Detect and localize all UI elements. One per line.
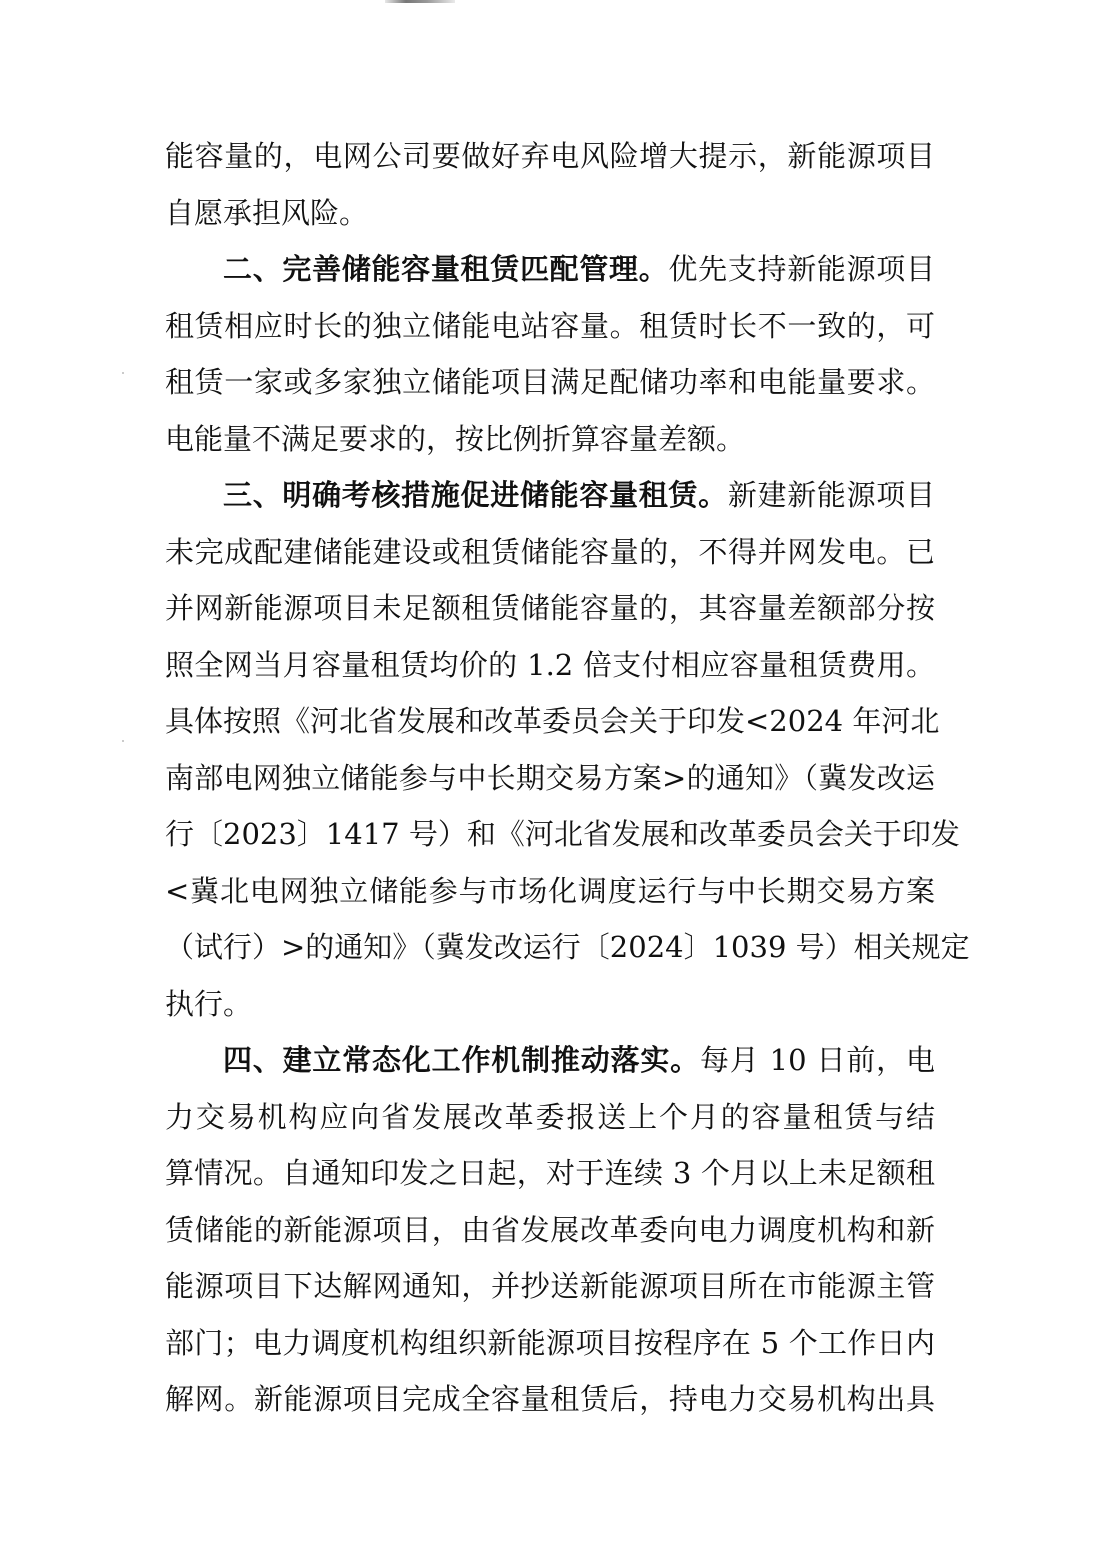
text-run: 新建新能源项目 bbox=[728, 478, 935, 512]
text-line: 算情况。自通知印发之日起，对于连续 3 个月以上未足额租 bbox=[165, 1145, 935, 1202]
text-line: 执行。 bbox=[165, 976, 935, 1033]
text-line: 自愿承担风险。 bbox=[165, 185, 935, 242]
text-line: <冀北电网独立储能参与市场化调度运行与中长期交易方案 bbox=[165, 863, 935, 920]
text-line: 行〔2023〕1417 号）和《河北省发展和改革委员会关于印发 bbox=[165, 806, 935, 863]
text-line: 并网新能源项目未足额租赁储能容量的，其容量差额部分按 bbox=[165, 580, 935, 637]
scan-speck bbox=[122, 372, 124, 374]
text-run: 每月 10 日前，电 bbox=[700, 1043, 935, 1077]
text-line: 照全网当月容量租赁均价的 1.2 倍支付相应容量租赁费用。 bbox=[165, 637, 935, 694]
section-2-first-line: 二、完善储能容量租赁匹配管理。优先支持新能源项目 bbox=[165, 241, 935, 298]
text-line: 租赁一家或多家独立储能项目满足配储功率和电能量要求。 bbox=[165, 354, 935, 411]
text-line: 租赁相应时长的独立储能电站容量。租赁时长不一致的，可 bbox=[165, 298, 935, 355]
text-line: 力交易机构应向省发展改革委报送上个月的容量租赁与结 bbox=[165, 1089, 935, 1146]
section-heading-3: 三、明确考核措施促进储能容量租赁。 bbox=[223, 478, 728, 512]
text-line: 未完成配建储能建设或租赁储能容量的，不得并网发电。已 bbox=[165, 524, 935, 581]
section-heading-2: 二、完善储能容量租赁匹配管理。 bbox=[223, 252, 668, 286]
text-line: （试行）>的通知》（冀发改运行〔2024〕1039 号）相关规定 bbox=[165, 919, 935, 976]
section-heading-4: 四、建立常态化工作机制推动落实。 bbox=[223, 1043, 700, 1077]
document-page: 能容量的，电网公司要做好弃电风险增大提示，新能源项目 自愿承担风险。 二、完善储… bbox=[165, 128, 935, 1428]
text-line: 能源项目下达解网通知，并抄送新能源项目所在市能源主管 bbox=[165, 1258, 935, 1315]
scan-artifact bbox=[385, 0, 455, 3]
text-line: 具体按照《河北省发展和改革委员会关于印发<2024 年河北 bbox=[165, 693, 935, 750]
text-line: 能容量的，电网公司要做好弃电风险增大提示，新能源项目 bbox=[165, 128, 935, 185]
section-4-first-line: 四、建立常态化工作机制推动落实。每月 10 日前，电 bbox=[165, 1032, 935, 1089]
text-line: 南部电网独立储能参与中长期交易方案>的通知》（冀发改运 bbox=[165, 750, 935, 807]
text-line: 赁储能的新能源项目，由省发展改革委向电力调度机构和新 bbox=[165, 1202, 935, 1259]
scan-speck bbox=[122, 740, 124, 742]
section-3-first-line: 三、明确考核措施促进储能容量租赁。新建新能源项目 bbox=[165, 467, 935, 524]
text-line: 解网。新能源项目完成全容量租赁后，持电力交易机构出具 bbox=[165, 1371, 935, 1428]
text-line: 部门；电力调度机构组织新能源项目按程序在 5 个工作日内 bbox=[165, 1315, 935, 1372]
text-line: 电能量不满足要求的，按比例折算容量差额。 bbox=[165, 411, 935, 468]
text-run: 优先支持新能源项目 bbox=[668, 252, 935, 286]
